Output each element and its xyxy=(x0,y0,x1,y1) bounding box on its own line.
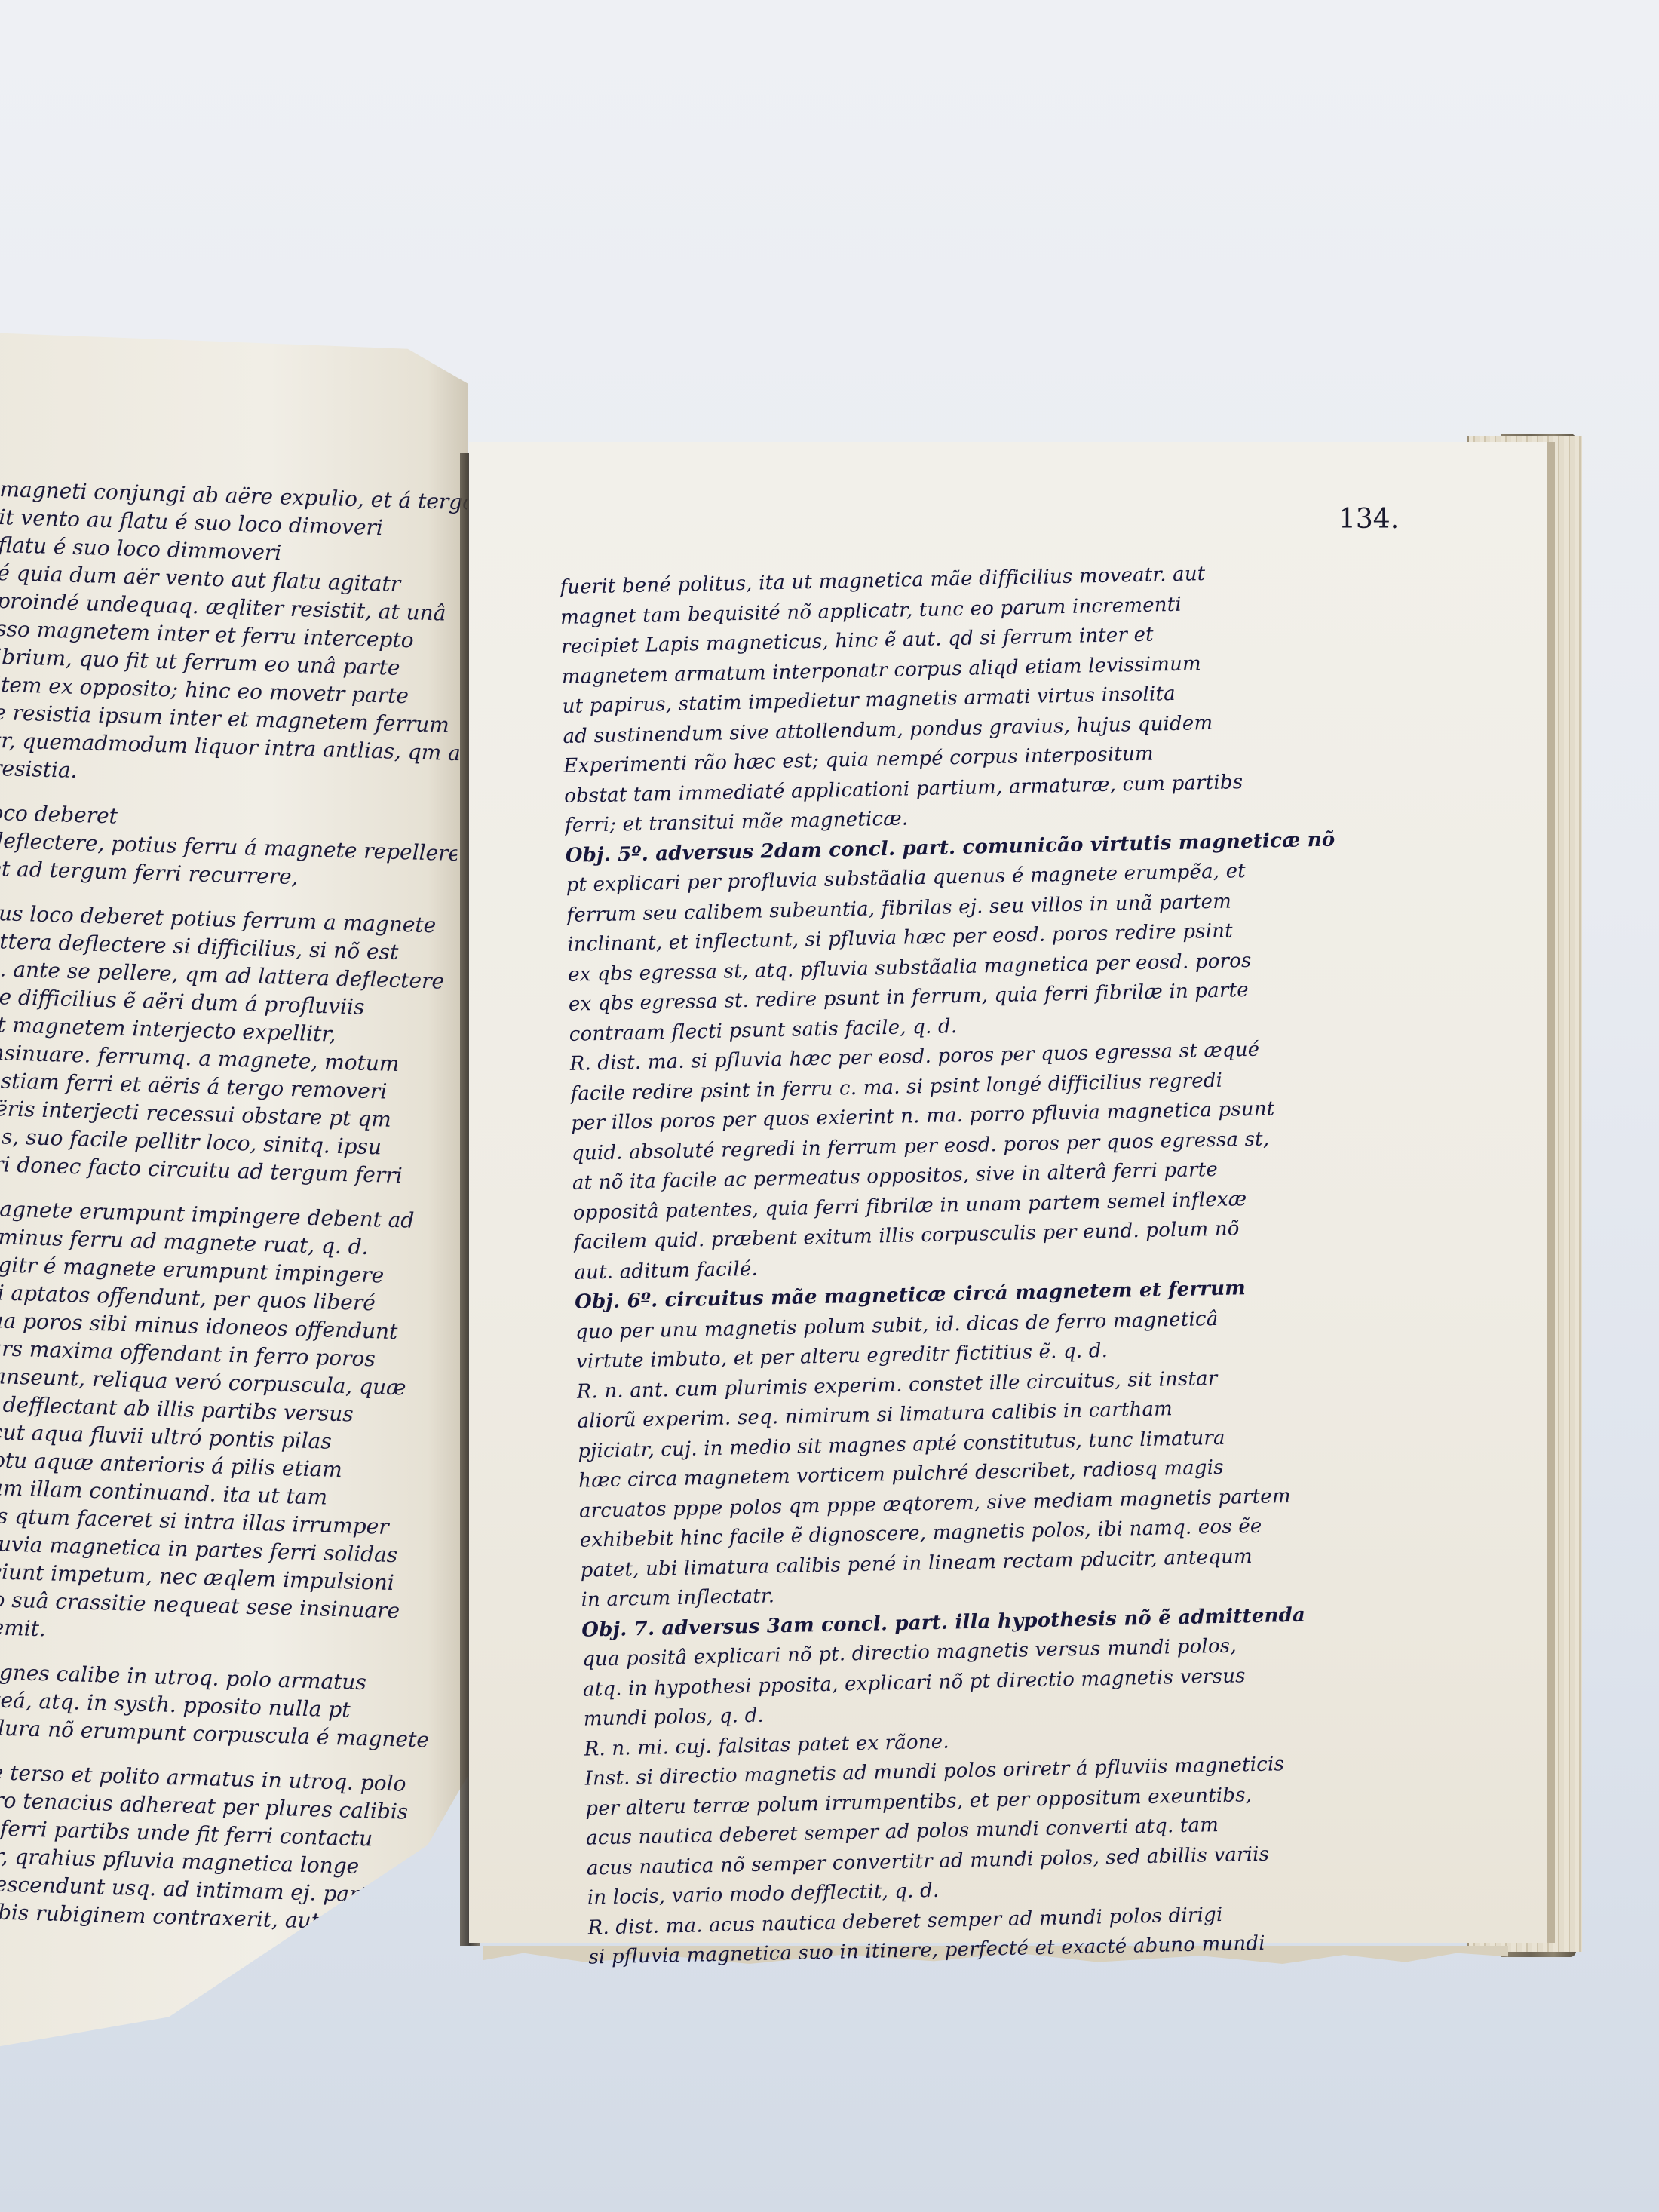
left-manuscript-page: magneti conjungi ab aëre expulio, et á t… xyxy=(0,332,468,2051)
right-page-text: fuerit bené politus, ita ut magnetica mã… xyxy=(560,556,1411,1973)
page-number: 134. xyxy=(1339,504,1399,535)
left-page-text: magneti conjungi ab aëre expulio, et á t… xyxy=(0,475,468,1938)
